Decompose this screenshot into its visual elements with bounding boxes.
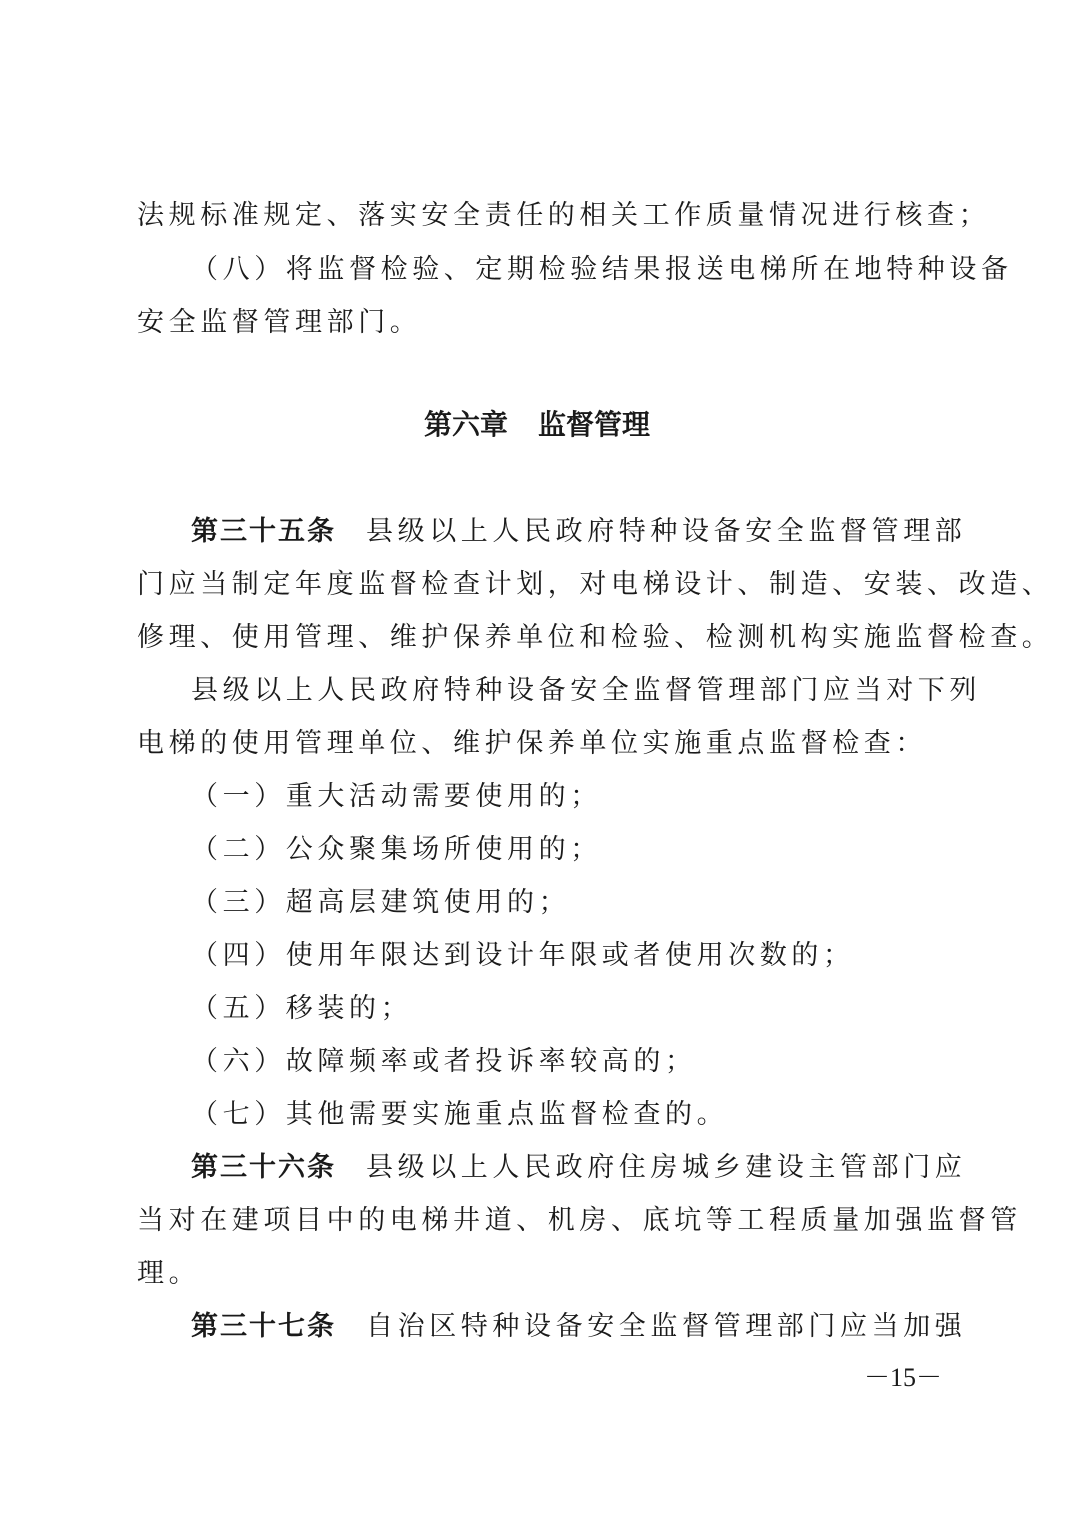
body-text-line: 安全监督管理部门。 [137,303,942,343]
body-text-line: 门应当制定年度监督检查计划，对电梯设计、制造、安装、改造、 [137,565,942,605]
article-label: 第三十七条 [191,1311,336,1342]
body-text-line: 县级以上人民政府特种设备安全监督管理部门应当对下列 [191,671,942,711]
list-item: （三）超高层建筑使用的； [191,883,942,923]
article-text: 县级以上人民政府特种设备安全监督管理部 [366,516,966,547]
article-label: 第三十六条 [191,1152,336,1183]
list-item: （六）故障频率或者投诉率较高的； [191,1042,942,1082]
article-text: 县级以上人民政府住房城乡建设主管部门应 [366,1152,966,1183]
article-text: 自治区特种设备安全监督管理部门应当加强 [366,1311,966,1342]
list-item: （四）使用年限达到设计年限或者使用次数的； [191,936,942,976]
article-36-line: 第三十六条县级以上人民政府住房城乡建设主管部门应 [191,1148,942,1188]
page-number: －15－ [864,1360,942,1396]
article-label: 第三十五条 [191,516,336,547]
article-35-line: 第三十五条县级以上人民政府特种设备安全监督管理部 [191,512,942,552]
body-text-line: 理。 [137,1254,942,1294]
list-item: （一）重大活动需要使用的； [191,777,942,817]
article-37-line: 第三十七条自治区特种设备安全监督管理部门应当加强 [191,1307,942,1347]
list-item: （五）移装的； [191,989,942,1029]
body-text-line: （八）将监督检验、定期检验结果报送电梯所在地特种设备 [191,250,942,290]
body-text-line: 当对在建项目中的电梯井道、机房、底坑等工程质量加强监督管 [137,1201,942,1241]
chapter-title: 监督管理 [538,408,650,441]
body-text-line: 电梯的使用管理单位、维护保养单位实施重点监督检查： [137,724,942,764]
chapter-number: 第六章 [424,408,508,441]
body-text-line: 修理、使用管理、维护保养单位和检验、检测机构实施监督检查。 [137,618,942,658]
chapter-heading: 第六章监督管理 [0,405,1074,445]
list-item: （七）其他需要实施重点监督检查的。 [191,1095,942,1135]
list-item: （二）公众聚集场所使用的； [191,830,942,870]
body-text-line: 法规标准规定、落实安全责任的相关工作质量情况进行核查； [137,196,942,236]
